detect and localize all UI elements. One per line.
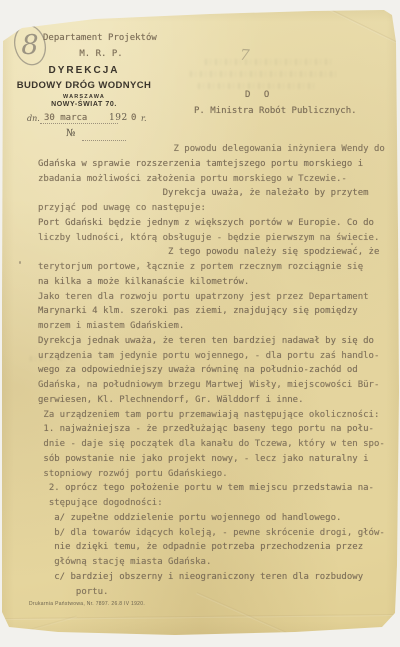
number-blank-line (82, 128, 126, 141)
letterhead-city: WARSZAWA (6, 94, 162, 100)
date-year-printed: 192 (109, 113, 128, 123)
body-line: terytorjum portowe, łącznie z portem rze… (38, 260, 385, 275)
letter-body: Z powodu delegowania inżyniera Wendy doG… (38, 142, 385, 599)
body-line: Marynarki 4 klm. szeroki pas ziemi, znaj… (38, 304, 385, 319)
body-line: główną stację miasta Gdańska. (38, 555, 385, 570)
ink-bleed-smudge (205, 59, 335, 65)
crease-top-right (308, 0, 400, 52)
body-line: gerwiesen, Kl. Plechnendorf, Gr. Wälddor… (38, 393, 385, 408)
addressee-name: P. Ministra Robót Publicznych. (194, 106, 357, 116)
body-line: urządzenia tam jedynie portu wojennego, … (38, 349, 385, 364)
paper-speck (19, 261, 21, 264)
crease-bottom (0, 614, 400, 620)
date-prefix-label: dn. (27, 114, 40, 123)
body-line: wego za odpowiedniejszy uważa równinę na… (38, 363, 385, 378)
body-line: Dyrekcja uważa, że należało by przytem (38, 186, 385, 201)
body-line: sób powstanie nie jako projekt nowy, - l… (38, 452, 385, 467)
printer-imprint: Drukarnia Państwowa, Nr. 7897. 26.8 IV 1… (29, 601, 145, 607)
body-line: stępujące dogodności: (38, 496, 385, 511)
body-line: stopniowy rozwój portu Gdańskiego. (38, 467, 385, 482)
letterhead-office: BUDOWY DRÓG WODNYCH (6, 80, 162, 91)
date-suffix-label: r. (141, 114, 147, 123)
crease-bottom-left (17, 615, 77, 634)
addressee-to-label: D O (245, 90, 273, 100)
body-line: Port Gdański będzie jednym z większych p… (38, 216, 385, 231)
body-line: 2. oprócz tego położenie portu w tem mie… (38, 481, 385, 496)
number-label: № (66, 128, 75, 139)
body-line: nie dzięki temu, że odpadnie potrzeba pr… (38, 540, 385, 555)
letterhead-directorate: DYREKCJA (6, 65, 162, 76)
circled-number-annotation: 8 (6, 18, 52, 70)
archival-number: 8 (21, 30, 38, 61)
photo-backdrop: 8 7 Departament Projektów M. R. P. DYREK… (0, 0, 400, 647)
body-line: Z powodu delegowania inżyniera Wendy do (38, 142, 385, 157)
body-line: Z tego powodu należy się spodziewać, że (38, 245, 385, 260)
body-line: dnie - daje się początek dla kanału do T… (38, 437, 385, 452)
body-line: Gdańska w sprawie rozszerzenia tamtejsze… (38, 157, 385, 172)
body-line: Gdańska, na południowym brzegu Martwej W… (38, 378, 385, 393)
body-line: b/ dla towarów idących koleją, - pewne s… (38, 526, 385, 541)
body-line: zbadania możliwości założenia portu mors… (38, 172, 385, 187)
sender-ministry-abbr: M. R. P. (45, 49, 157, 59)
ink-bleed-smudge (198, 83, 316, 89)
body-line: c/ bardziej obszerny i nieograniczony te… (38, 570, 385, 585)
ink-bleed-smudge (190, 71, 340, 77)
body-line: morzem i miastem Gdańskiem. (38, 319, 385, 334)
letterhead-address: NOWY-ŚWIAT 70. (6, 101, 162, 108)
body-line: Dyrekcja jednak uważa, że teren ten bard… (38, 334, 385, 349)
body-line: przyjąć pod uwagę co następuje: (38, 201, 385, 216)
body-line: 1. najważniejsza - że przedłużając basen… (38, 422, 385, 437)
pencil-mark: 7 (239, 46, 250, 65)
body-line: Za urządzeniem tam portu przemawiają nas… (38, 408, 385, 423)
letter-sheet: 8 7 Departament Projektów M. R. P. DYREK… (0, 0, 400, 647)
body-line: liczby ludności, którą obsługuje - będzi… (38, 231, 385, 246)
date-year-typed: 0 (131, 113, 136, 123)
body-line: na kilka a może kilkanaście kilometrów. (38, 275, 385, 290)
sender-department: Departament Projektów (43, 33, 157, 43)
date-typed-value: 30 marca (44, 113, 87, 123)
body-line: Jako teren dla rozwoju portu upatrzony j… (38, 290, 385, 305)
body-line: portu. (38, 585, 385, 600)
body-line: a/ zupełne oddzielenie portu wojennego o… (38, 511, 385, 526)
